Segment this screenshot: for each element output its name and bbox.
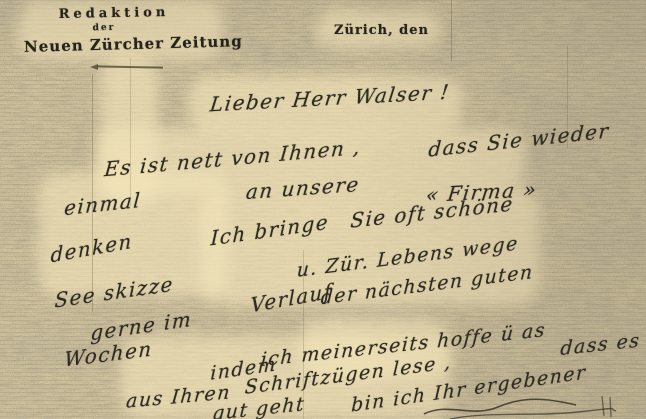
handwriting-salutation: Lieber Herr Walser ! — [209, 80, 452, 117]
letterhead-dateline: Zürich, den — [334, 23, 429, 38]
column-rule — [130, 58, 131, 206]
column-rule — [451, 0, 452, 62]
letterhead-of: der — [58, 22, 150, 34]
handwriting-line: See skizze — [54, 271, 174, 312]
handwriting-line: dass es Ihnen — [560, 322, 646, 360]
handwriting-line: dass Sie wieder — [428, 118, 611, 161]
paper-light-patch — [100, 56, 158, 206]
pen-stroke — [97, 65, 163, 68]
handwriting-line: denken — [51, 229, 133, 268]
letter-scan: Redaktion der Neuen Zürcher Zeitung Züri… — [0, 0, 646, 419]
handwriting-line: Verlauf — [251, 279, 333, 318]
letterhead-newspaper: Neuen Zürcher Zeitung — [24, 32, 243, 56]
handwriting-line: einmal — [63, 188, 142, 220]
handwriting-line: Ich bringe — [210, 209, 329, 250]
letterhead-office: Redaktion — [58, 5, 170, 22]
handwriting-line: Wochen — [64, 336, 154, 371]
handwriting-line: an unsere — [245, 172, 361, 204]
